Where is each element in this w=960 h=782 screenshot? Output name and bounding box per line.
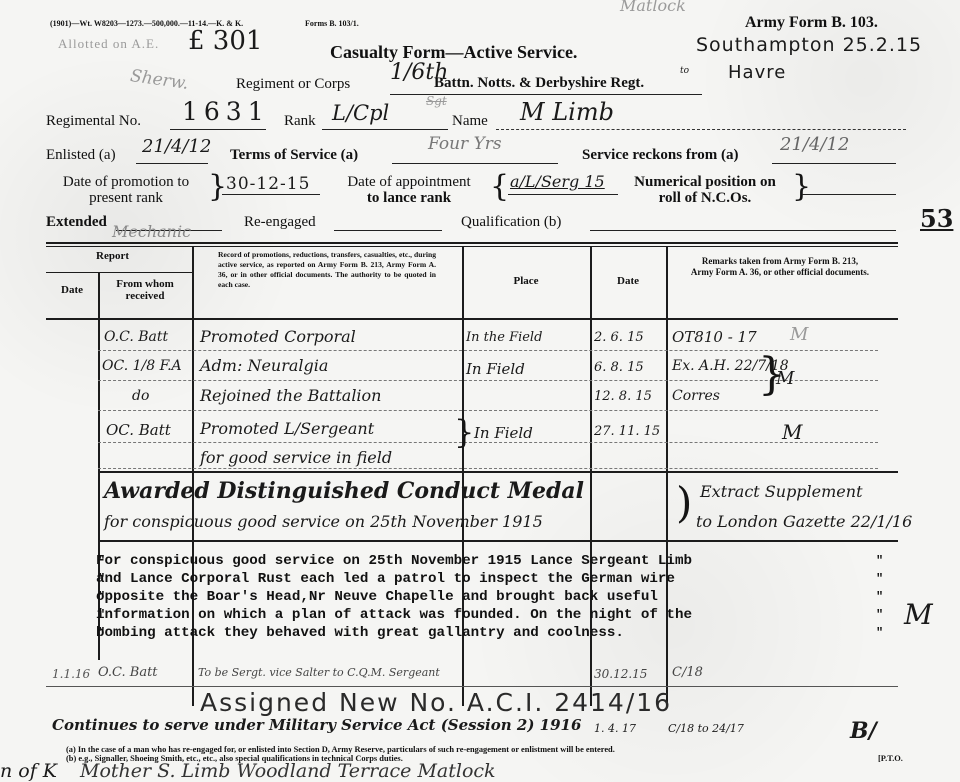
numerical-brace: } <box>792 170 811 204</box>
row-guide <box>98 442 878 443</box>
row1-from: O.C. Batt <box>104 329 168 345</box>
award-top-rule <box>98 471 898 473</box>
row-guide <box>98 410 878 411</box>
award-bottom-rule <box>98 540 898 542</box>
row3-initials: M <box>776 368 794 389</box>
reckons-value: 21/4/12 <box>780 134 849 155</box>
continues-remarks: C/18 to 24/17 <box>668 722 744 735</box>
terms-label: Terms of Service (a) <box>230 147 358 164</box>
award-line1: Awarded Distinguished Conduct Medal <box>104 478 584 504</box>
row2-place: In Field <box>466 360 525 378</box>
name-underline <box>496 129 906 130</box>
continues-initials: B/ <box>850 718 877 744</box>
award-remarks-line1: Extract Supplement <box>700 482 863 501</box>
terms-value: Four Yrs <box>428 134 502 154</box>
report-subheader-rule <box>46 272 192 273</box>
rank-value: L/Cpl <box>332 101 389 125</box>
enlisted-label: Enlisted (a) <box>46 147 116 164</box>
numerical-underline <box>802 194 896 195</box>
numerical-label-line2: roll of N.C.Os. <box>616 190 794 206</box>
new-number-stamp: Assigned New No. A.C.I. 2414/16 <box>200 688 672 717</box>
table-top-rule <box>46 242 898 244</box>
appointment-label-line2: to lance rank <box>326 190 492 206</box>
enlisted-value: 21/4/12 <box>142 136 211 157</box>
promotion-value: 30-12-15 <box>226 174 310 194</box>
award-line2: for conspicuous good service on 25th Nov… <box>104 512 543 531</box>
reengaged-label: Re-engaged <box>244 214 316 231</box>
row2-record: Adm: Neuralgia <box>200 356 328 375</box>
promotion-label-line2: present rank <box>46 190 206 206</box>
rank-label: Rank <box>284 113 316 130</box>
citation-line: For conspicuous good service on 25th Nov… <box>96 552 692 570</box>
row1-record: Promoted Corporal <box>200 327 356 346</box>
header-record: Record of promotions, reductions, transf… <box>218 250 436 290</box>
rank-struck: Sgt <box>426 94 447 108</box>
citation-quote-marks-left: """"" <box>98 552 105 642</box>
qualification-underline <box>590 230 896 231</box>
row4-initials: M <box>782 420 802 444</box>
terms-underline <box>392 163 558 164</box>
numerical-label: Numerical position on roll of N.C.Os. <box>616 174 794 206</box>
embarkation-stamp-line2: Havre <box>728 62 786 83</box>
embarkation-to: to <box>680 66 689 76</box>
qualification-label: Qualification (b) <box>461 214 561 231</box>
award-brace: ) <box>676 478 692 528</box>
row4-date: 27. 11. 15 <box>594 424 660 439</box>
regimental-no-value: 1631 <box>182 97 270 126</box>
row1-place: In the Field <box>466 330 542 345</box>
row1-date: 2. 6. 15 <box>594 330 644 345</box>
later-row-date2: 30.12.15 <box>594 667 647 681</box>
appointment-underline <box>508 194 618 195</box>
promotion-label-line1: Date of promotion to <box>46 174 206 190</box>
row1-initials: M <box>790 324 808 345</box>
row2-from: OC. 1/8 F.A <box>102 358 182 374</box>
allotted-stamp: Allotted on A.E. <box>58 36 159 52</box>
continues-text: Continues to serve under Military Servic… <box>52 716 581 734</box>
header-date: Date <box>46 284 98 296</box>
regimental-no-label: Regimental No. <box>46 113 141 130</box>
reckons-label: Service reckons from (a) <box>582 147 738 164</box>
citation-quote-marks-right: """"" <box>876 552 883 642</box>
row4-brace: } <box>454 414 474 450</box>
row4-record: Promoted L/Sergeant <box>200 419 374 438</box>
citation-line: opposite the Boar's Head,Nr Neuve Chapel… <box>96 588 692 606</box>
next-of-kin-prefix: n of K <box>0 760 57 782</box>
promotion-underline <box>222 194 320 195</box>
citation-block: For conspicuous good service on 25th Nov… <box>96 552 692 642</box>
regimental-no-underline <box>170 129 266 130</box>
citation-line: and Lance Corporal Rust each led a patro… <box>96 570 692 588</box>
later-row-from: O.C. Batt <box>98 665 158 680</box>
reckons-underline <box>772 163 896 164</box>
reengaged-underline <box>334 230 442 231</box>
extended-label: Extended <box>46 214 107 231</box>
casualty-form-page: Matlock (1901)—Wt. W8203—1273.—500,000.—… <box>0 0 960 782</box>
citation-line: bombing attack they behaved with great g… <box>96 624 692 642</box>
row1-remarks: OT810 - 17 <box>672 328 757 346</box>
table-top-rule-2 <box>46 246 898 247</box>
top-faint-script: Matlock <box>620 0 686 15</box>
continues-date: 1. 4. 17 <box>594 722 636 735</box>
row4-from: OC. Batt <box>106 421 171 439</box>
regiment-label: Regiment or Corps <box>236 76 350 93</box>
header-from-whom: From whom received <box>100 278 190 302</box>
row3-record: Rejoined the Battalion <box>200 386 381 405</box>
citation-line: information on which a plan of attack wa… <box>96 606 692 624</box>
later-row-date: 1.1.16 <box>52 667 90 681</box>
appointment-label-line1: Date of appointment <box>326 174 492 190</box>
row-guide <box>98 468 878 469</box>
row3-from: do <box>132 388 149 404</box>
header-report: Report <box>96 250 129 262</box>
later-row-record: To be Sergt. vice Salter to C.Q.M. Serge… <box>198 666 440 679</box>
later-row-rule <box>46 686 898 687</box>
army-form-number: Army Form B. 103. <box>745 14 878 32</box>
promotion-brace: } <box>208 170 227 204</box>
name-label: Name <box>452 113 488 130</box>
row3-remarks: Corres <box>672 388 720 404</box>
margin-scribble: Sherw. <box>129 66 190 94</box>
allotted-number: £ 301 <box>188 26 262 56</box>
next-of-kin-text: Mother S. Limb Woodland Terrace Matlock <box>80 760 496 782</box>
embarkation-stamp-line1: Southampton 25.2.15 <box>696 34 922 56</box>
promotion-label: Date of promotion to present rank <box>46 174 206 206</box>
regiment-value-print: Battn. Notts. & Derbyshire Regt. <box>434 75 644 92</box>
numerical-label-line1: Numerical position on <box>616 174 794 190</box>
row3-date: 12. 8. 15 <box>594 389 652 404</box>
forms-ref: Forms B. 103/1. <box>305 19 359 28</box>
enlisted-underline <box>136 163 208 164</box>
header-bottom-rule <box>46 318 898 320</box>
citation-initials: M <box>904 598 933 631</box>
row5-record: for good service in field <box>200 448 392 467</box>
footnote-a: (a) In the case of a man who has re-enga… <box>66 745 615 754</box>
appointment-label: Date of appointment to lance rank <box>326 174 492 206</box>
appointment-value: a/L/Serg 15 <box>510 172 605 191</box>
header-remarks: Remarks taken from Army Form B. 213, Arm… <box>690 256 870 278</box>
header-place: Place <box>464 275 588 287</box>
row4-place: In Field <box>474 424 533 442</box>
row2-date: 6. 8. 15 <box>594 360 644 375</box>
margin-number: 53 <box>920 204 953 233</box>
name-value: M Limb <box>520 98 614 126</box>
form-title: Casualty Form—Active Service. <box>330 42 577 63</box>
award-remarks-line2: to London Gazette 22/1/16 <box>696 512 912 531</box>
pto-note: [P.T.O. <box>878 754 903 763</box>
appointment-brace: { <box>490 170 509 204</box>
faint-trade-note: Mechanic <box>112 222 191 241</box>
later-row-remarks: C/18 <box>672 665 703 680</box>
rank-underline <box>322 129 448 130</box>
header-date2: Date <box>592 275 664 287</box>
